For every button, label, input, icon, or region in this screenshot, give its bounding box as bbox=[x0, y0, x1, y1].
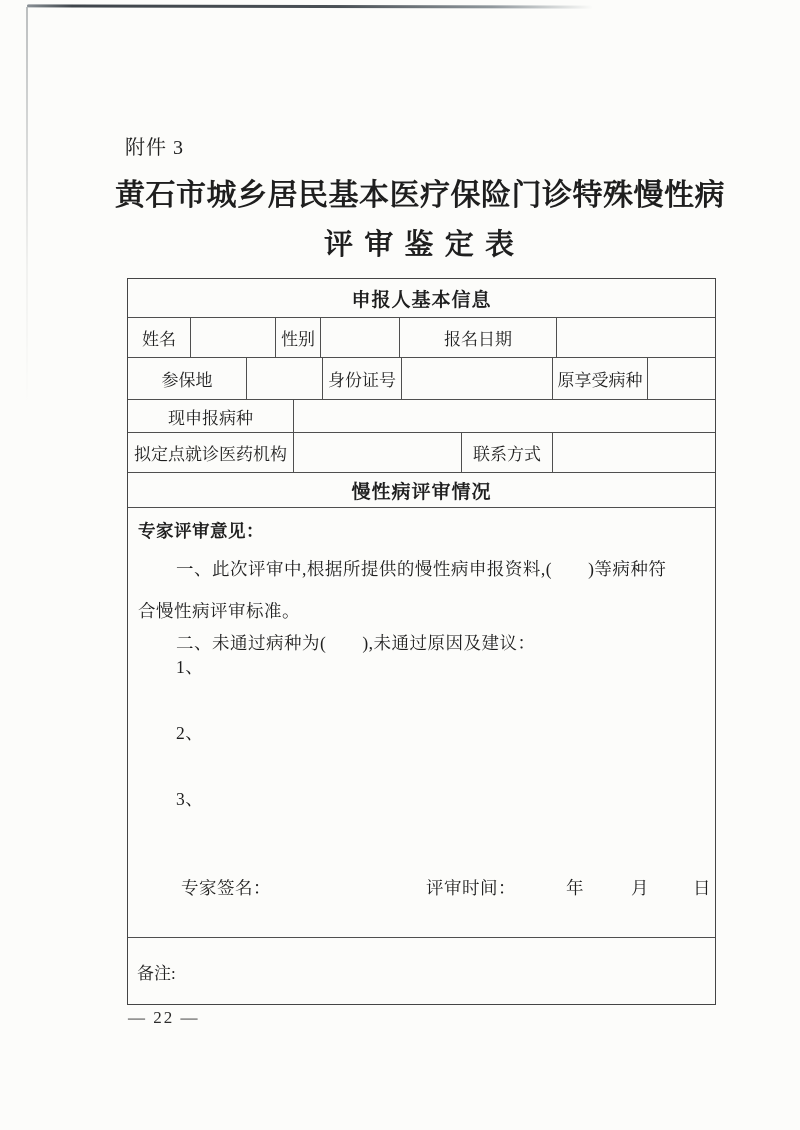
id-number-label-cell: 身份证号 bbox=[322, 358, 401, 399]
review-time-year-label: 年 bbox=[566, 875, 584, 900]
section2-header-row: 慢性病评审情况 bbox=[128, 472, 715, 507]
section2-header-cell: 慢性病评审情况 bbox=[128, 473, 715, 507]
insured-place-label: 参保地 bbox=[162, 366, 213, 391]
remarks-row: 备注: bbox=[128, 937, 715, 1004]
register-date-label-cell: 报名日期 bbox=[399, 318, 556, 357]
name-label: 姓名 bbox=[142, 325, 176, 350]
insured-place-label-cell: 参保地 bbox=[128, 358, 246, 399]
contact-label: 联系方式 bbox=[473, 440, 541, 465]
current-disease-value-cell bbox=[293, 400, 715, 432]
current-disease-row: 现申报病种 bbox=[128, 399, 715, 432]
gender-label-cell: 性别 bbox=[275, 318, 320, 357]
original-disease-label: 原享受病种 bbox=[558, 366, 643, 391]
reason-item-1: 1、 bbox=[176, 654, 203, 679]
contact-value-cell bbox=[552, 433, 715, 472]
reason-item-3: 3、 bbox=[176, 786, 203, 811]
institution-contact-row: 拟定点就诊医药机构 联系方式 bbox=[128, 432, 715, 472]
review-time-month-label: 月 bbox=[631, 875, 649, 900]
contact-label-cell: 联系方式 bbox=[461, 433, 552, 472]
scan-left-page-edge bbox=[26, 7, 28, 407]
expert-review-row: 专家评审意见： 一、此次评审中,根据所提供的慢性病申报资料,( )等病种符 合慢… bbox=[128, 507, 715, 937]
opinion-paragraph2: 二、未通过病种为( ),未通过原因及建议： bbox=[176, 630, 536, 655]
review-time-label: 评审时间： bbox=[426, 875, 516, 900]
gender-value-cell bbox=[320, 318, 399, 357]
name-value-cell bbox=[190, 318, 275, 357]
basic-info-row-1: 姓名 性别 报名日期 bbox=[128, 317, 715, 357]
review-form-table: 申报人基本信息 姓名 性别 报名日期 参保地 身份证号 bbox=[127, 278, 716, 1005]
name-label-cell: 姓名 bbox=[128, 318, 190, 357]
section1-header-row: 申报人基本信息 bbox=[128, 279, 715, 317]
section2-header-text: 慢性病评审情况 bbox=[351, 477, 491, 504]
insured-place-value-cell bbox=[246, 358, 322, 399]
gender-label: 性别 bbox=[281, 325, 315, 350]
remarks-label: 备注: bbox=[137, 959, 176, 984]
scan-top-page-edge bbox=[27, 4, 593, 8]
id-number-value-cell bbox=[401, 358, 552, 399]
current-disease-label: 现申报病种 bbox=[168, 404, 253, 429]
expert-signature-label: 专家签名： bbox=[181, 875, 271, 900]
document-title-line1: 黄石市城乡居民基本医疗保险门诊特殊慢性病 bbox=[40, 170, 800, 214]
document-title-line2: 评 审 鉴 定 表 bbox=[40, 222, 800, 263]
opinion-paragraph1-line1: 一、此次评审中,根据所提供的慢性病申报资料,( )等病种符 bbox=[176, 556, 666, 581]
original-disease-label-cell: 原享受病种 bbox=[552, 358, 647, 399]
institution-label-cell: 拟定点就诊医药机构 bbox=[128, 433, 293, 472]
expert-opinion-heading: 专家评审意见： bbox=[138, 518, 264, 543]
remarks-cell: 备注: bbox=[128, 938, 715, 1004]
register-date-label: 报名日期 bbox=[444, 325, 512, 350]
section1-header-text: 申报人基本信息 bbox=[351, 285, 491, 312]
opinion-paragraph1-line2: 合慢性病评审标准。 bbox=[138, 598, 300, 623]
register-date-value-cell bbox=[556, 318, 715, 357]
scanned-document-page: 附件 3 黄石市城乡居民基本医疗保险门诊特殊慢性病 评 审 鉴 定 表 申报人基… bbox=[0, 0, 800, 1130]
institution-label: 拟定点就诊医药机构 bbox=[134, 440, 287, 465]
attachment-label: 附件 3 bbox=[125, 131, 184, 160]
original-disease-value-cell bbox=[647, 358, 715, 399]
institution-value-cell bbox=[293, 433, 461, 472]
basic-info-row-2: 参保地 身份证号 原享受病种 bbox=[128, 357, 715, 399]
review-time-day-label: 日 bbox=[693, 875, 711, 900]
id-number-label: 身份证号 bbox=[328, 366, 396, 391]
reason-item-2: 2、 bbox=[176, 720, 203, 745]
page-number: — 22 — bbox=[128, 1008, 200, 1028]
expert-review-cell: 专家评审意见： 一、此次评审中,根据所提供的慢性病申报资料,( )等病种符 合慢… bbox=[128, 508, 715, 938]
section1-header-cell: 申报人基本信息 bbox=[128, 279, 715, 317]
current-disease-label-cell: 现申报病种 bbox=[128, 400, 293, 432]
